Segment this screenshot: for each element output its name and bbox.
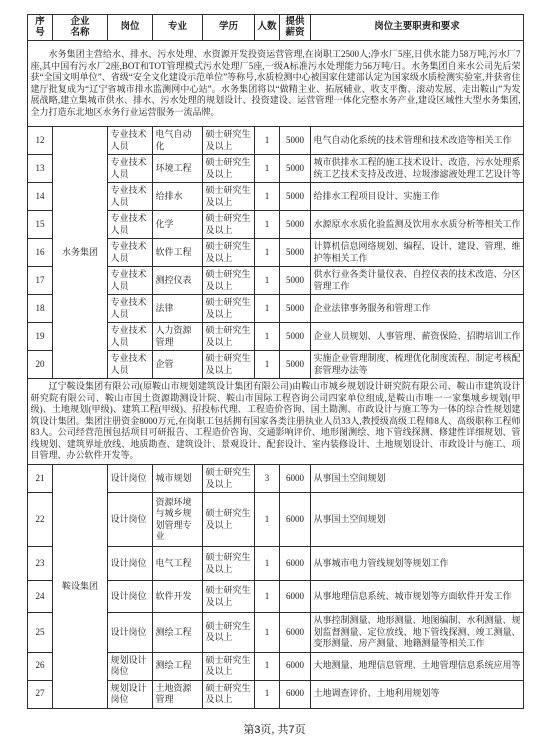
education-cell: 硕士研究生及以上 [203, 613, 255, 653]
position-cell: 设计岗位 [108, 613, 153, 653]
education-cell: 硕士研究生及以上 [203, 581, 255, 613]
table-row: 12 水务集团 专业技术人员 电气自动化 硕士研究生及以上 1 5000 电气自… [28, 127, 524, 155]
row-number-cell: 16 [28, 239, 53, 267]
count-cell: 1 [255, 211, 280, 239]
row-number-cell: 25 [28, 613, 53, 653]
duties-cell: 计算机信息网络规划、编程、设计、建设、管理、维护等相关工作 [311, 239, 524, 267]
position-cell: 设计岗位 [108, 465, 153, 493]
education-cell: 硕士研究生及以上 [203, 547, 255, 581]
major-cell: 测绘工程 [153, 613, 203, 653]
count-cell: 1 [255, 155, 280, 183]
education-cell: 硕士研究生及以上 [203, 680, 255, 708]
education-cell: 硕士研究生及以上 [203, 127, 255, 155]
salary-cell: 5000 [280, 183, 311, 211]
company-description-text: 水务集团主营给水、排水、污水处理、水资源开发投资运营管理,在岗职工2500人;净… [31, 49, 521, 118]
salary-cell: 5000 [280, 155, 311, 183]
count-cell: 1 [255, 680, 280, 708]
education-cell: 硕士研究生及以上 [203, 155, 255, 183]
row-number-cell: 17 [28, 267, 53, 295]
education-cell: 硕士研究生及以上 [203, 239, 255, 267]
major-cell: 软件开发 [153, 581, 203, 613]
duties-cell: 从事国土空间规划 [311, 493, 524, 547]
position-cell: 设计岗位 [108, 493, 153, 547]
salary-cell: 6000 [280, 652, 311, 680]
duties-cell: 企业法律事务服务和管理工作 [311, 295, 524, 323]
count-cell: 1 [255, 323, 280, 351]
header-row: 序 号 企业 名称 岗位 专业 学历 人数 提供 薪资 岗位主要职责和要求 [28, 15, 524, 41]
row-number-cell: 21 [28, 465, 53, 493]
page-number: 第3页, 共7页 [243, 724, 305, 736]
education-cell: 硕士研究生及以上 [203, 351, 255, 379]
row-number-cell: 23 [28, 547, 53, 581]
col-header-position: 岗位 [108, 15, 153, 41]
salary-cell: 5000 [280, 351, 311, 379]
position-cell: 规划设计岗位 [108, 652, 153, 680]
duties-cell: 从事城市电力管线规划等规划工作 [311, 547, 524, 581]
position-cell: 专业技术人员 [108, 239, 153, 267]
salary-cell: 5000 [280, 323, 311, 351]
position-cell: 专业技术人员 [108, 127, 153, 155]
company-description: 水务集团主营给水、排水、污水处理、水资源开发投资运营管理,在岗职工2500人;净… [28, 41, 524, 127]
salary-cell: 6000 [280, 613, 311, 653]
salary-cell: 6000 [280, 465, 311, 493]
count-cell: 1 [255, 127, 280, 155]
count-cell: 1 [255, 183, 280, 211]
row-number-cell: 20 [28, 351, 53, 379]
major-cell: 企管 [153, 351, 203, 379]
salary-cell: 5000 [280, 239, 311, 267]
major-cell: 城市规划 [153, 465, 203, 493]
position-cell: 专业技术人员 [108, 295, 153, 323]
count-cell: 1 [255, 295, 280, 323]
education-cell: 硕士研究生及以上 [203, 652, 255, 680]
count-cell: 1 [255, 613, 280, 653]
education-cell: 硕士研究生及以上 [203, 465, 255, 493]
duties-cell: 供水行业各类计量仪表、自控仪表的技术改造、分区管理工作 [311, 267, 524, 295]
major-cell: 化学 [153, 211, 203, 239]
duties-cell: 实施企业管理制度、梳理优化制度流程、制定考核配套管理办法等 [311, 351, 524, 379]
row-number-cell: 19 [28, 323, 53, 351]
row-number-cell: 24 [28, 581, 53, 613]
count-cell: 1 [255, 547, 280, 581]
major-cell: 法律 [153, 295, 203, 323]
company-description-row: 水务集团主营给水、排水、污水处理、水资源开发投资运营管理,在岗职工2500人;净… [28, 41, 524, 127]
major-cell: 资源环境与城乡规划管理专业 [153, 493, 203, 547]
duties-cell: 水源原水水质化验监测及饮用水水质分析等相关工作 [311, 211, 524, 239]
duties-cell: 城市供排水工程的施工技术设计、改造、污水处理系统工艺技术支持及改进、垃圾渗滤液处… [311, 155, 524, 183]
salary-cell: 5000 [280, 295, 311, 323]
salary-cell: 6000 [280, 680, 311, 708]
position-cell: 专业技术人员 [108, 351, 153, 379]
salary-cell: 5000 [280, 267, 311, 295]
major-cell: 人力资源管理 [153, 323, 203, 351]
education-cell: 硕士研究生及以上 [203, 183, 255, 211]
duties-cell: 企业人员规划、人事管理、薪资保险、招聘培训工作 [311, 323, 524, 351]
salary-cell: 5000 [280, 211, 311, 239]
col-header-no: 序 号 [28, 15, 53, 41]
company-description-text: 辽宁鞍设集团有限公司(原鞍山市规划建筑设计集团有限公司)由鞍山市城乡规划设计研究… [31, 381, 521, 462]
page-footer: 第3页, 共7页 [0, 721, 549, 737]
position-cell: 设计岗位 [108, 547, 153, 581]
col-header-duties: 岗位主要职责和要求 [311, 15, 524, 41]
count-cell: 1 [255, 581, 280, 613]
position-cell: 专业技术人员 [108, 323, 153, 351]
major-cell: 测绘工程 [153, 652, 203, 680]
count-cell: 1 [255, 652, 280, 680]
job-table: 序 号 企业 名称 岗位 专业 学历 人数 提供 薪资 岗位主要职责和要求 水务… [27, 14, 524, 709]
major-cell: 土地资源管理 [153, 680, 203, 708]
salary-cell: 5000 [280, 127, 311, 155]
count-cell: 1 [255, 267, 280, 295]
document-page: 序 号 企业 名称 岗位 专业 学历 人数 提供 薪资 岗位主要职责和要求 水务… [0, 0, 549, 752]
company-name-cell: 水务集团 [53, 127, 108, 379]
duties-cell: 大地测量、地理信息管理、土地管理信息系统应用等 [311, 652, 524, 680]
row-number-cell: 22 [28, 493, 53, 547]
salary-cell: 6000 [280, 493, 311, 547]
duties-cell: 电气自动化系统的技术管理和技术改造等相关工作 [311, 127, 524, 155]
company-name-cell: 鞍设集团 [53, 465, 108, 709]
position-cell: 规划设计岗位 [108, 680, 153, 708]
education-cell: 硕士研究生及以上 [203, 493, 255, 547]
education-cell: 硕士研究生及以上 [203, 211, 255, 239]
col-header-count: 人数 [255, 15, 280, 41]
major-cell: 电气自动化 [153, 127, 203, 155]
position-cell: 专业技术人员 [108, 183, 153, 211]
major-cell: 环境工程 [153, 155, 203, 183]
major-cell: 电气工程 [153, 547, 203, 581]
duties-cell: 给排水工程项目设计、实施工作 [311, 183, 524, 211]
col-header-major: 专业 [153, 15, 203, 41]
count-cell: 1 [255, 351, 280, 379]
count-cell: 1 [255, 493, 280, 547]
row-number-cell: 27 [28, 680, 53, 708]
row-number-cell: 12 [28, 127, 53, 155]
duties-cell: 从事国土空间规划 [311, 465, 524, 493]
education-cell: 硕士研究生及以上 [203, 295, 255, 323]
position-cell: 专业技术人员 [108, 211, 153, 239]
col-header-salary: 提供 薪资 [280, 15, 311, 41]
count-cell: 3 [255, 465, 280, 493]
major-cell: 测控仪表 [153, 267, 203, 295]
duties-cell: 土地调查评价、土地利用规划等 [311, 680, 524, 708]
salary-cell: 6000 [280, 581, 311, 613]
major-cell: 给排水 [153, 183, 203, 211]
col-header-company: 企业 名称 [53, 15, 108, 41]
duties-cell: 从事地理信息系统、城市规划等方面软件开发工作 [311, 581, 524, 613]
row-number-cell: 13 [28, 155, 53, 183]
education-cell: 硕士研究生及以上 [203, 267, 255, 295]
company-description: 辽宁鞍设集团有限公司(原鞍山市规划建筑设计集团有限公司)由鞍山市城乡规划设计研究… [28, 379, 524, 465]
company-description-row: 辽宁鞍设集团有限公司(原鞍山市规划建筑设计集团有限公司)由鞍山市城乡规划设计研究… [28, 379, 524, 465]
position-cell: 专业技术人员 [108, 267, 153, 295]
table-row: 21 鞍设集团 设计岗位 城市规划 硕士研究生及以上 3 6000 从事国土空间… [28, 465, 524, 493]
row-number-cell: 18 [28, 295, 53, 323]
position-cell: 设计岗位 [108, 581, 153, 613]
position-cell: 专业技术人员 [108, 155, 153, 183]
row-number-cell: 15 [28, 211, 53, 239]
count-cell: 1 [255, 239, 280, 267]
major-cell: 软件工程 [153, 239, 203, 267]
education-cell: 硕士研究生及以上 [203, 323, 255, 351]
salary-cell: 6000 [280, 547, 311, 581]
col-header-education: 学历 [203, 15, 255, 41]
duties-cell: 从事控制测量、地形测量、地图编制、水利测量、规划监督测量、定位放线、地下管线探测… [311, 613, 524, 653]
row-number-cell: 26 [28, 652, 53, 680]
row-number-cell: 14 [28, 183, 53, 211]
